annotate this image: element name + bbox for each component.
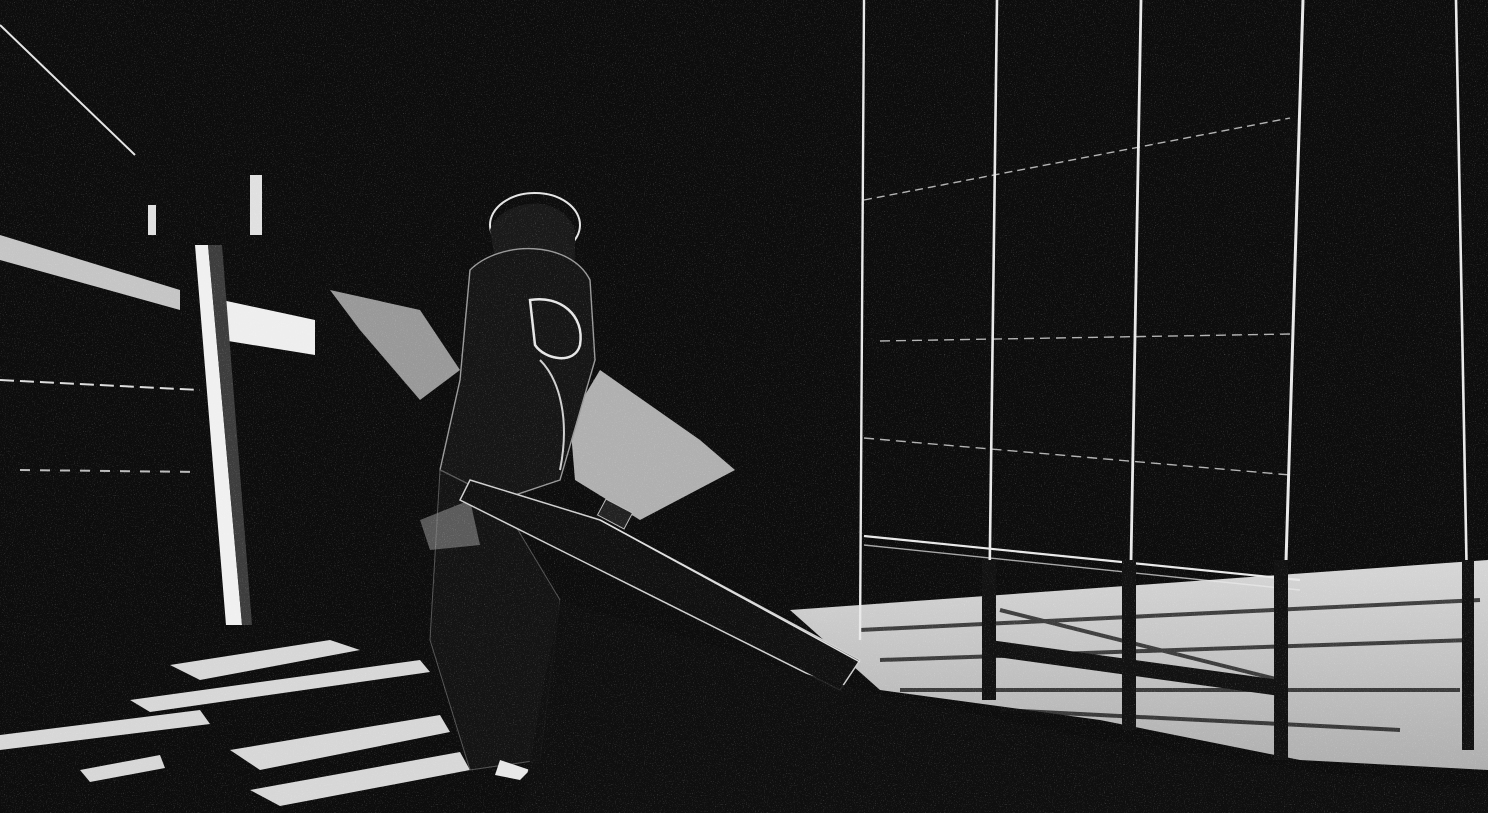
film-grain bbox=[0, 0, 1488, 813]
game-viewport[interactable] bbox=[0, 0, 1488, 813]
scene-canvas bbox=[0, 0, 1488, 813]
